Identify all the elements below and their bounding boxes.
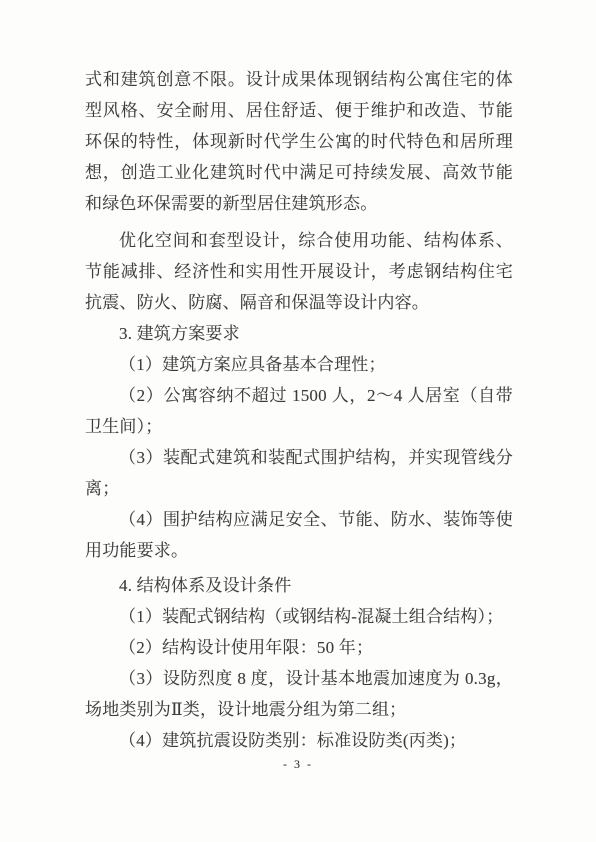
section-heading-4: 4. 结构体系及设计条件 bbox=[85, 570, 513, 601]
section-heading-3: 3. 建筑方案要求 bbox=[85, 318, 513, 349]
list-item-4-2: （2）结构设计使用年限：50 年； bbox=[85, 632, 513, 663]
page-number: - 3 - bbox=[0, 757, 596, 772]
list-item-3-1: （1）建筑方案应具备基本合理性； bbox=[85, 349, 513, 380]
list-item-4-3: （3）设防烈度 8 度，设计基本地震加速度为 0.3g，场地类别为Ⅱ类，设计地震… bbox=[85, 663, 513, 725]
list-item-4-1: （1）装配式钢结构（或钢结构-混凝土组合结构）； bbox=[85, 601, 513, 632]
body-paragraph-continuation: 式和建筑创意不限。设计成果体现钢结构公寓住宅的体型风格、安全耐用、居住舒适、便于… bbox=[85, 64, 513, 219]
document-page: 式和建筑创意不限。设计成果体现钢结构公寓住宅的体型风格、安全耐用、居住舒适、便于… bbox=[0, 0, 596, 842]
list-item-3-2: （2）公寓容纳不超过 1500 人，2～4 人居室（自带卫生间）； bbox=[85, 380, 513, 442]
list-item-3-4: （4）围护结构应满足安全、节能、防水、装饰等使用功能要求。 bbox=[85, 504, 513, 566]
document-text-block: 式和建筑创意不限。设计成果体现钢结构公寓住宅的体型风格、安全耐用、居住舒适、便于… bbox=[85, 64, 513, 756]
body-paragraph: 优化空间和套型设计，综合使用功能、结构体系、节能减排、经济性和实用性开展设计，考… bbox=[85, 225, 513, 318]
list-item-3-3: （3）装配式建筑和装配式围护结构，并实现管线分离； bbox=[85, 442, 513, 504]
list-item-4-4: （4）建筑抗震设防类别：标准设防类(丙类)； bbox=[85, 725, 513, 756]
